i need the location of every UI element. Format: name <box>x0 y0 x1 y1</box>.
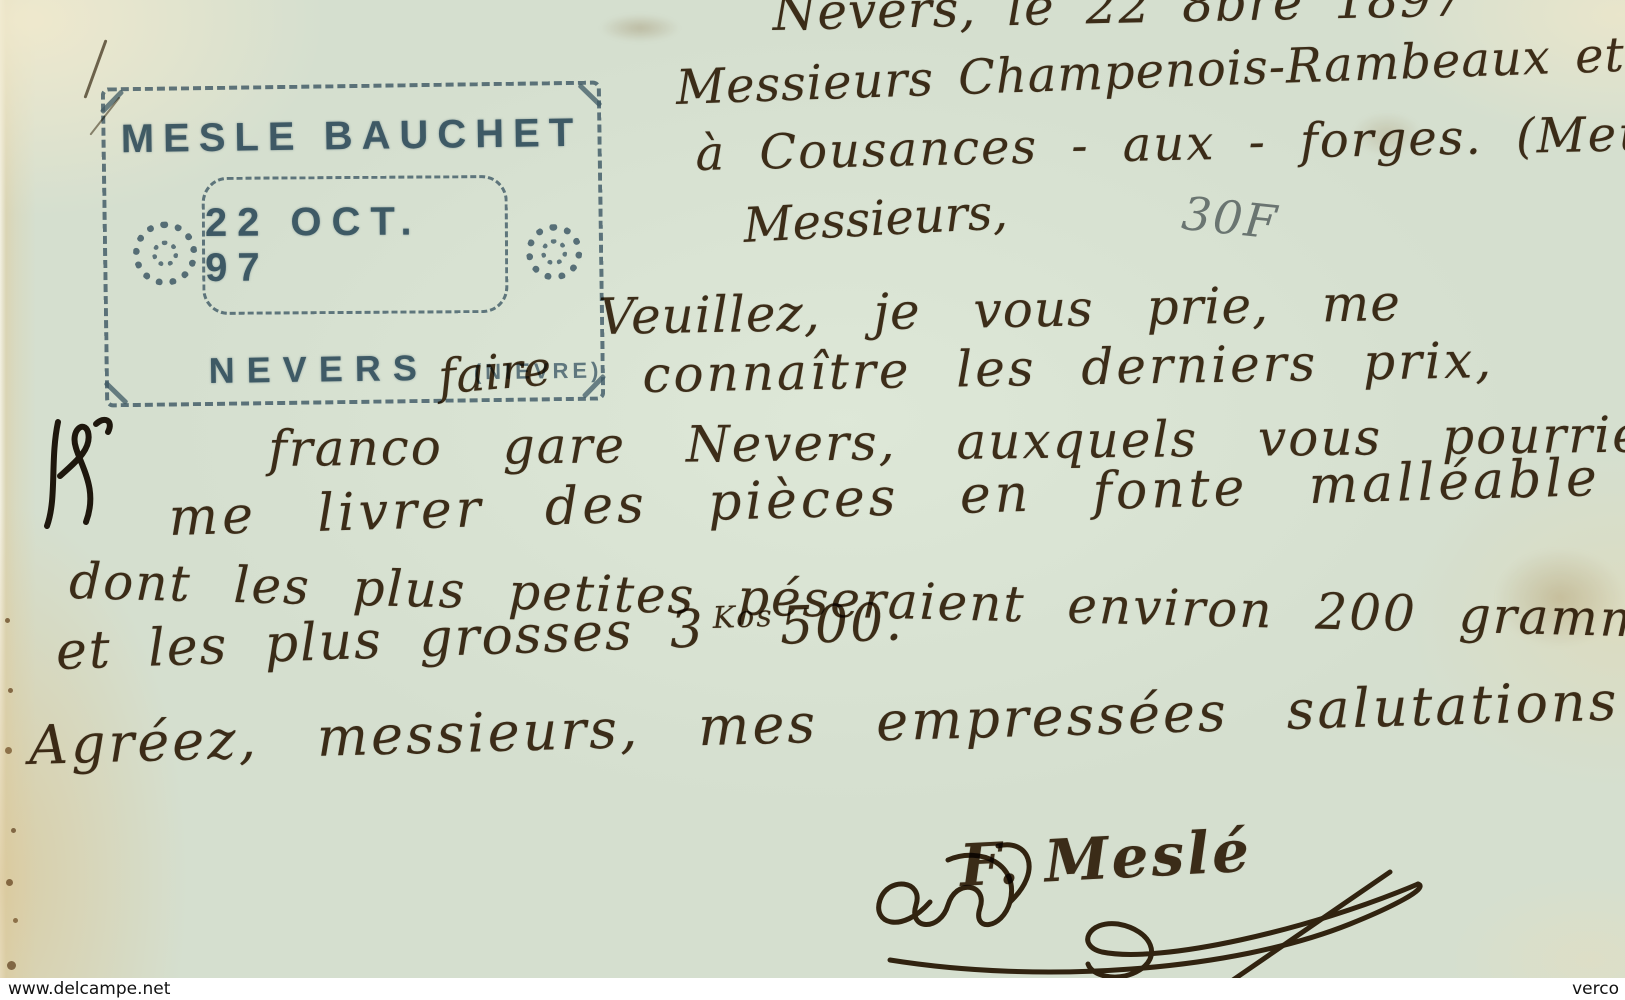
rosette-core-icon <box>541 239 567 265</box>
watermark-strip: www.delcampe.net verco <box>0 978 1625 1000</box>
letter-closing: Agréez, messieurs, mes empressées saluta… <box>28 670 1620 777</box>
watermark-left: www.delcampe.net <box>8 979 170 1000</box>
stamp-corner-tick <box>577 83 602 107</box>
stamp-date: 22 OCT. 97 <box>205 199 506 291</box>
stamp-city: NEVERS <box>208 347 429 392</box>
rosette-ornament-icon <box>526 224 583 281</box>
postcard-scan: MESLE BAUCHET 22 OCT. 97 NEVERS (NIEVRE)… <box>0 0 1625 1000</box>
paper-stain <box>600 14 680 42</box>
stamp-date-box: 22 OCT. 97 <box>202 175 509 315</box>
stamp-company-name: MESLE BAUCHET <box>105 111 598 163</box>
margin-paraph-mark <box>30 408 180 538</box>
stamp-corner-tick <box>100 89 124 114</box>
paper-edge-speckles <box>5 618 10 623</box>
weight-unit-superscript: Kos <box>712 599 774 636</box>
dealer-price-note: 30F <box>1179 186 1281 250</box>
weight-value: 500. <box>779 592 905 656</box>
stamp-corner-tick <box>104 381 129 405</box>
letter-body-line-2a: faire <box>436 340 554 406</box>
rosette-core-icon <box>152 240 178 266</box>
letter-address: à Cousances - aux - forges. (Meuse) <box>695 104 1625 182</box>
watermark-right: verco <box>1572 979 1619 1000</box>
rosette-ornament-icon <box>133 221 198 286</box>
letter-salutation: Messieurs, <box>742 184 1009 254</box>
